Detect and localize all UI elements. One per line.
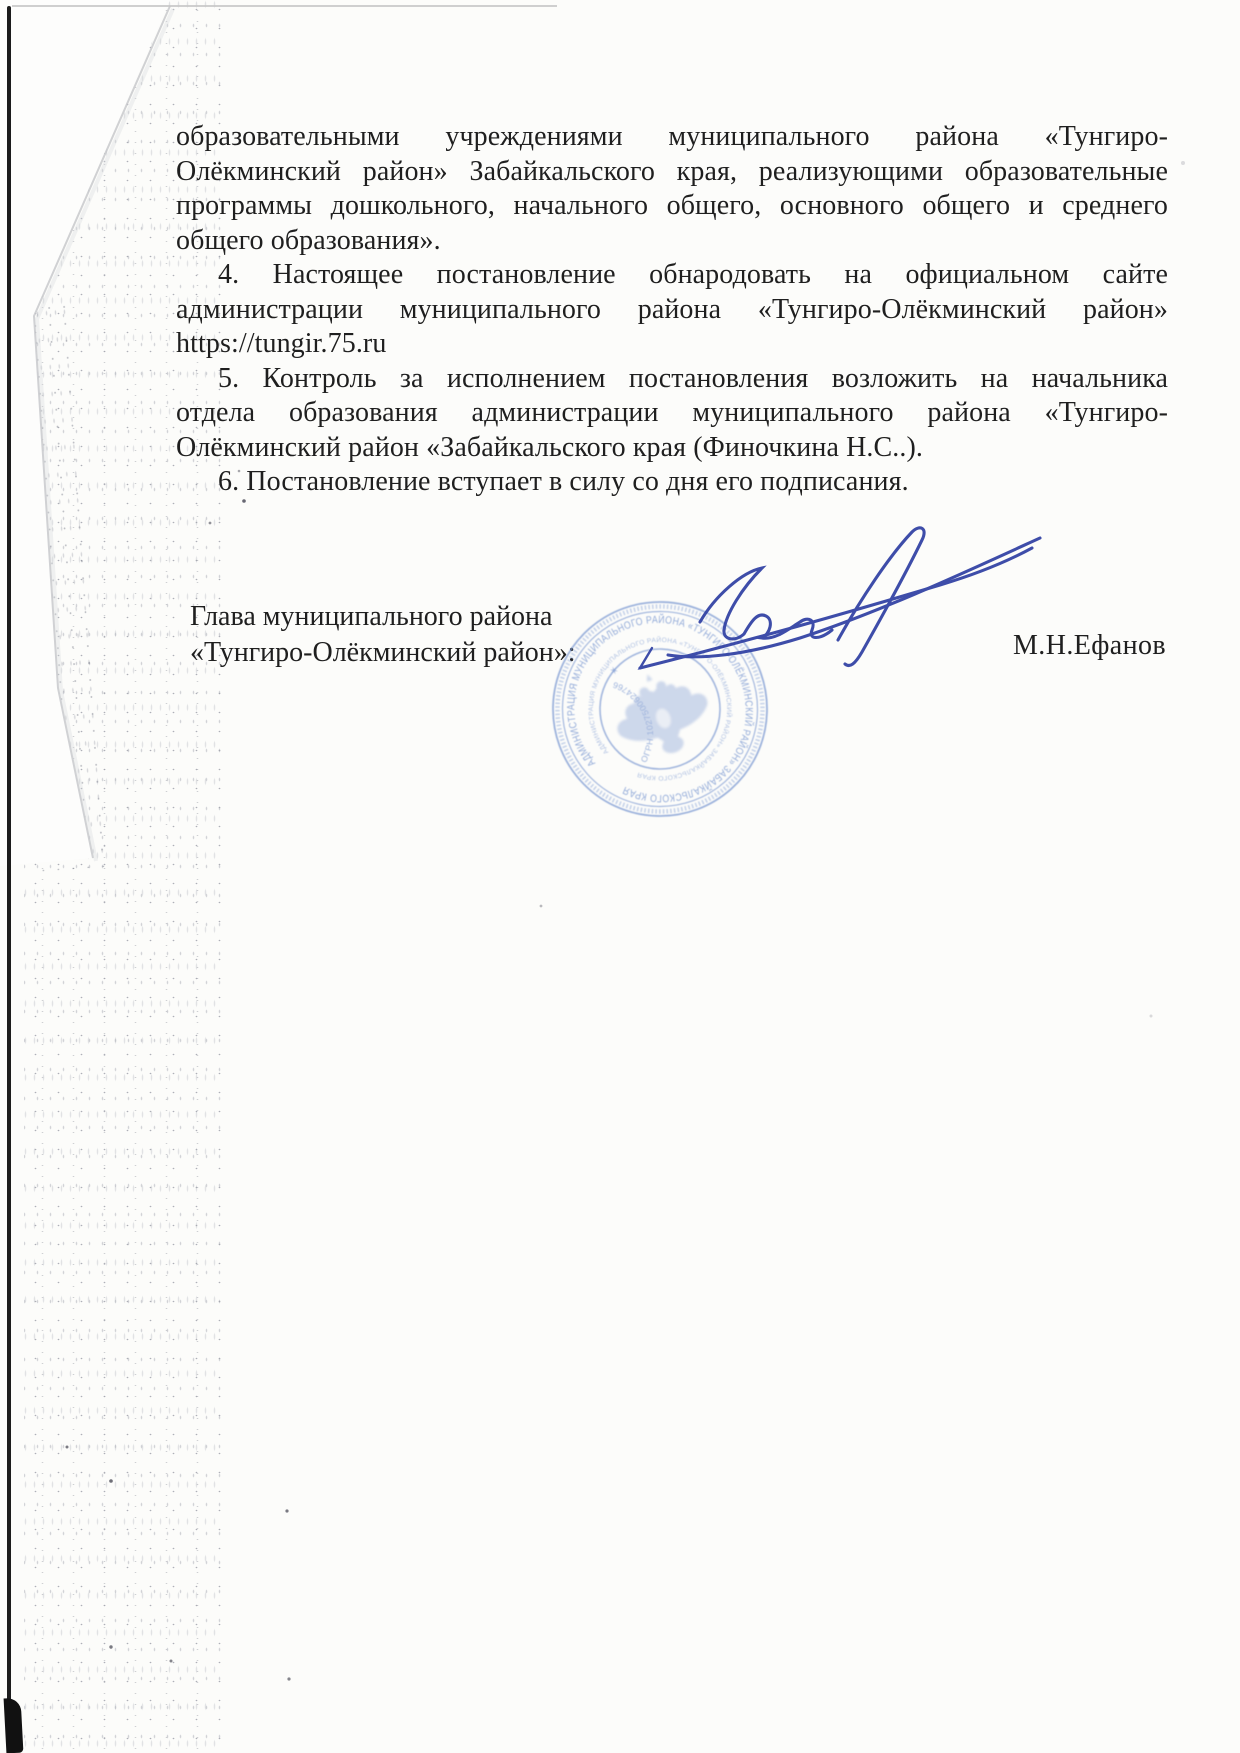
scan-top-edge-shadow	[12, 5, 557, 7]
body-line: образовательными учреждениями муниципаль…	[176, 120, 1168, 155]
scanned-document-page: образовательными учреждениями муниципаль…	[0, 0, 1240, 1753]
scan-speck-artifacts	[0, 0, 2, 2]
body-line-item-6: 6. Постановление вступает в силу со дня …	[176, 465, 1168, 500]
handwritten-signature	[600, 512, 1070, 692]
body-line-item-5: 5. Контроль за исполнением постановления…	[176, 362, 1168, 397]
scan-edge-corner-mark	[4, 1698, 24, 1753]
signatory-title-line2: «Тунгиро-Олёкминский район»:	[190, 635, 576, 671]
document-text: образовательными учреждениями муниципаль…	[176, 120, 1168, 500]
body-line: общего образования».	[176, 224, 1168, 259]
body-line-item-4: 4. Настоящее постановление обнародовать …	[176, 258, 1168, 293]
body-line: Олёкминский район «Забайкальского края (…	[176, 431, 1168, 466]
body-line: отдела образования администрации муницип…	[176, 396, 1168, 431]
url-text: https://tungir.75.ru	[176, 327, 1168, 362]
body-line: программы дошкольного, начального общего…	[176, 189, 1168, 224]
body-line: Олёкминский район» Забайкальского края, …	[176, 155, 1168, 190]
body-line: администрации муниципального района «Тун…	[176, 293, 1168, 328]
scan-edge-line	[7, 6, 11, 1753]
signatory-title: Глава муниципального района «Тунгиро-Олё…	[190, 599, 576, 670]
signatory-title-line1: Глава муниципального района	[190, 599, 576, 635]
